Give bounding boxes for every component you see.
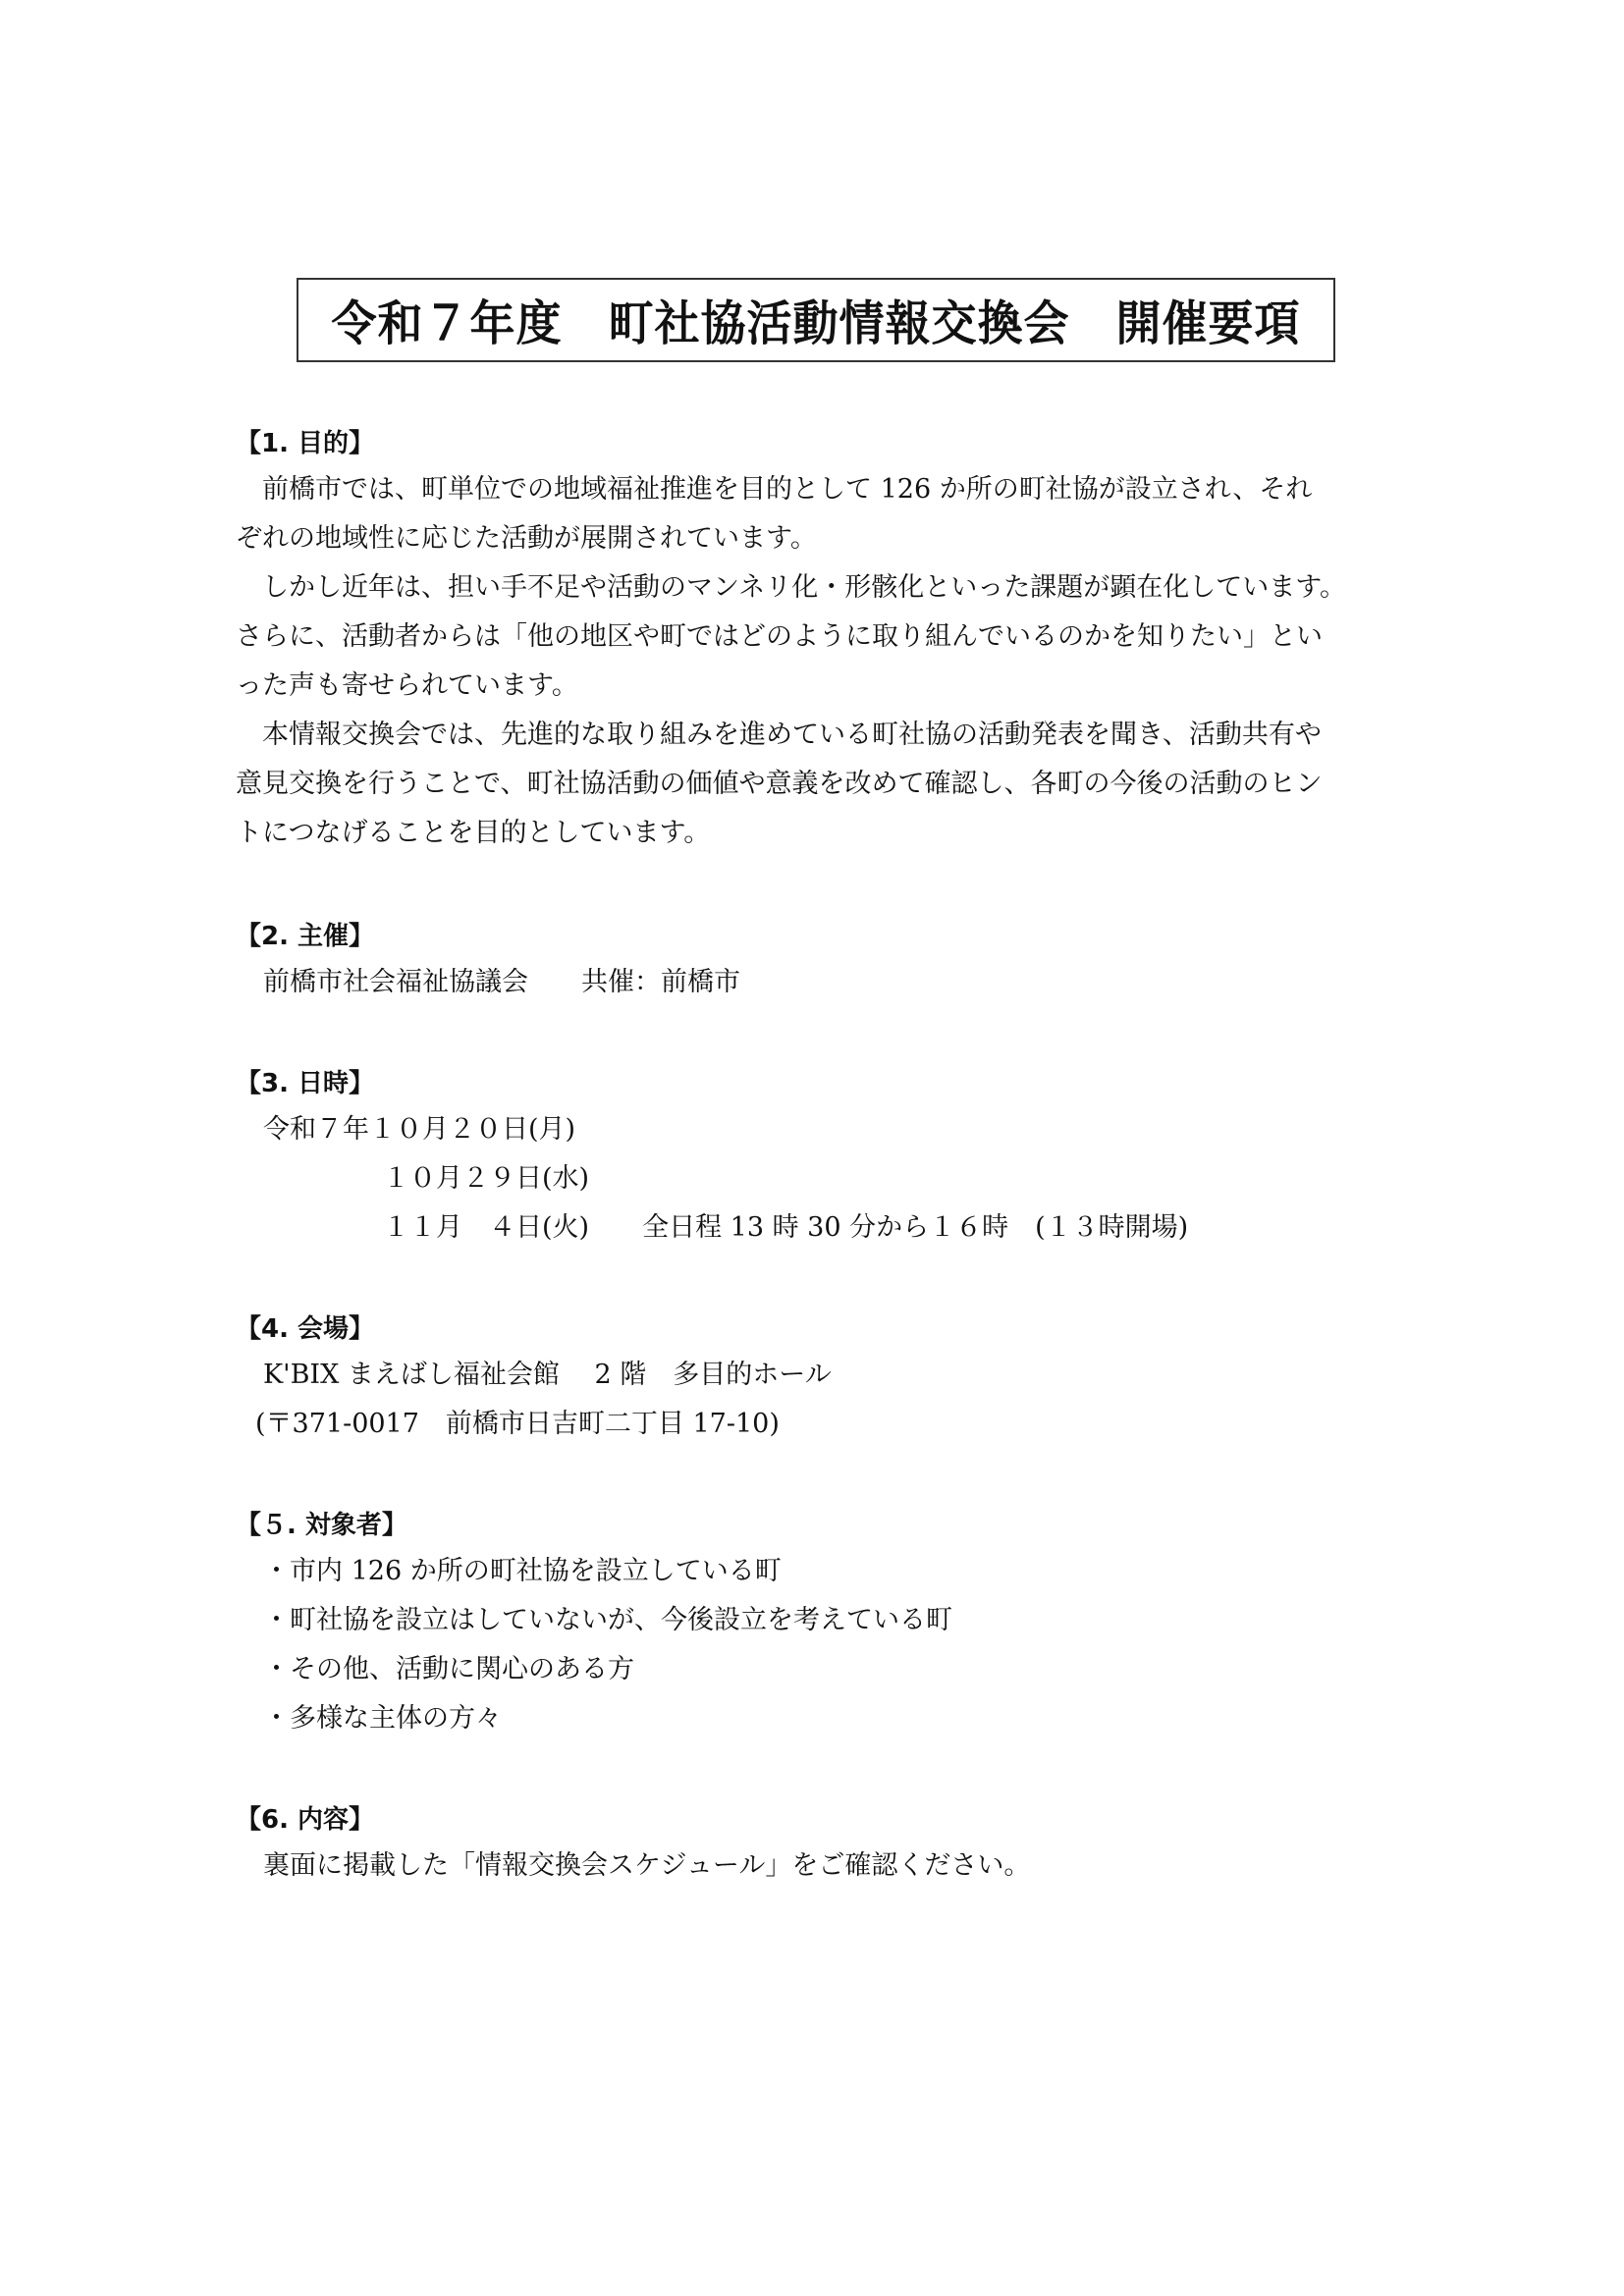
time-range: 全日程 13 時 30 分から１６時 (１３時開場) [642,1212,1188,1243]
target-item: ・町社協を設立はしていないが、今後設立を考えている町 [236,1596,1434,1645]
spacer [236,858,1434,915]
section-organizer: 【2. 主催】 前橋市社会福祉協議会 共催：前橋市 [236,915,1434,1007]
spacer [236,1449,1434,1504]
purpose-line: しかし近年は、担い手不足や活動のマンネリ化・形骸化といった課題が顕在化しています… [236,563,1434,613]
purpose-line: ぞれの地域性に応じた活動が展開されています。 [236,514,1434,563]
section-target: 【５. 対象者】 ・市内 126 か所の町社協を設立している町 ・町社協を設立は… [236,1504,1434,1743]
purpose-line: 意見交換を行うことで、町社協活動の価値や意義を改めて確認し、各町の今後の活動のヒ… [236,760,1434,809]
document-title-box: 令和７年度 町社協活動情報交換会 開催要項 [297,278,1335,362]
document-body: 【1. 目的】 前橋市では、町単位での地域福祉推進を目的として 126 か所の町… [236,422,1434,1891]
purpose-line: トにつなげることを目的としています。 [236,809,1434,858]
section-heading-target: 【５. 対象者】 [236,1504,1434,1547]
organizer: 前橋市社会福祉協議会 [263,967,528,997]
co-organizer: 共催：前橋市 [581,967,740,997]
section-content: 【6. 内容】 裏面に掲載した「情報交換会スケジュール」をご確認ください。 [236,1798,1434,1891]
purpose-line: さらに、活動者からは「他の地区や町ではどのように取り組んでいるのかを知りたい」と… [236,613,1434,662]
venue-address: (〒371-0017 前橋市日吉町二丁目 17-10) [236,1400,1434,1449]
date-3: １１月 ４日(火) [383,1212,589,1243]
target-item: ・その他、活動に関心のある方 [236,1645,1434,1694]
date-line-3: １１月 ４日(火) 全日程 13 時 30 分から１６時 (１３時開場) [236,1203,1434,1253]
target-item: ・市内 126 か所の町社協を設立している町 [236,1547,1434,1596]
content-text: 裏面に掲載した「情報交換会スケジュール」をご確認ください。 [236,1842,1434,1891]
section-heading-datetime: 【3. 日時】 [236,1062,1434,1105]
section-heading-organizer: 【2. 主催】 [236,915,1434,958]
purpose-line: った声も寄せられています。 [236,662,1434,711]
spacer [236,1743,1434,1798]
date-line-1: 令和７年１０月２０日(月) [236,1105,1434,1154]
venue-name: K'BIX まえばし福祉会館 2 階 多目的ホール [236,1351,1434,1400]
spacer [236,1007,1434,1062]
purpose-line: 前橋市では、町単位での地域福祉推進を目的として 126 か所の町社協が設立され、… [236,465,1434,514]
target-item: ・多様な主体の方々 [236,1694,1434,1743]
spacer [236,1253,1434,1308]
section-heading-purpose: 【1. 目的】 [236,422,1434,465]
date-line-2: １０月２９日(水) [236,1154,1434,1203]
section-datetime: 【3. 日時】 令和７年１０月２０日(月) １０月２９日(水) １１月 ４日(火… [236,1062,1434,1253]
section-heading-content: 【6. 内容】 [236,1798,1434,1842]
purpose-line: 本情報交換会では、先進的な取り組みを進めている町社協の活動発表を聞き、活動共有や [236,711,1434,760]
organizer-line: 前橋市社会福祉協議会 共催：前橋市 [236,958,1434,1007]
section-purpose: 【1. 目的】 前橋市では、町単位での地域福祉推進を目的として 126 か所の町… [236,422,1434,858]
document-title: 令和７年度 町社協活動情報交換会 開催要項 [332,286,1301,353]
section-heading-venue: 【4. 会場】 [236,1308,1434,1351]
section-venue: 【4. 会場】 K'BIX まえばし福祉会館 2 階 多目的ホール (〒371-… [236,1308,1434,1449]
